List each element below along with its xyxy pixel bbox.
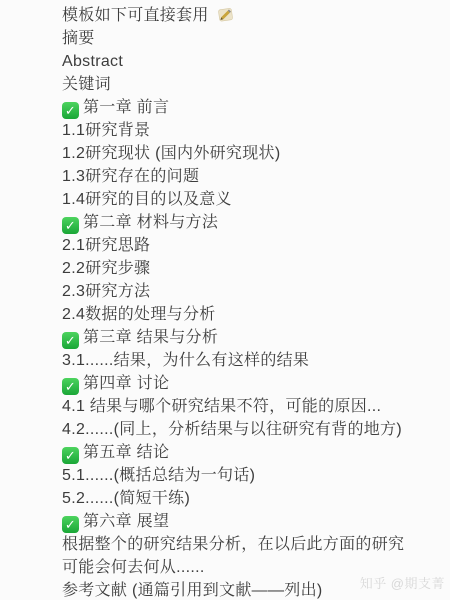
checkmark-icon: ✓ <box>62 102 79 119</box>
checkmark-icon: ✓ <box>62 378 79 395</box>
outline-line: 1.4研究的目的以及意义 <box>62 188 450 211</box>
outline-line: 模板如下可直接套用 <box>62 4 450 27</box>
checkmark-icon: ✓ <box>62 447 79 464</box>
outline-line: 根据整个的研究结果分析，在以后此方面的研究 <box>62 533 450 556</box>
outline-line: Abstract <box>62 50 450 73</box>
chapter-line: ✓第三章 结果与分析 <box>62 326 450 349</box>
checkmark-icon: ✓ <box>62 332 79 349</box>
line-text: 3.1......结果，为什么有这样的结果 <box>62 352 309 369</box>
outline-line: 2.3研究方法 <box>62 280 450 303</box>
outline-line: 5.1......(概括总结为一句话) <box>62 464 450 487</box>
line-text: 根据整个的研究结果分析，在以后此方面的研究 <box>62 536 404 553</box>
line-text: 4.1 结果与哪个研究结果不符，可能的原因... <box>62 398 381 415</box>
memo-icon <box>217 6 234 23</box>
chapter-line: ✓第四章 讨论 <box>62 372 450 395</box>
line-text: 5.1......(概括总结为一句话) <box>62 467 255 484</box>
line-text: 第四章 讨论 <box>83 375 169 392</box>
outline-line: 3.1......结果，为什么有这样的结果 <box>62 349 450 372</box>
line-text: 1.2研究现状 (国内外研究现状) <box>62 145 280 162</box>
line-text: 1.3研究存在的问题 <box>62 168 199 185</box>
line-text: 2.2研究步骤 <box>62 260 150 277</box>
outline-line: 摘要 <box>62 27 450 50</box>
line-text: 第三章 结果与分析 <box>83 329 218 346</box>
outline-line: 关键词 <box>62 73 450 96</box>
outline-list: 模板如下可直接套用 摘要Abstract关键词✓第一章 前言1.1研究背景1.2… <box>62 4 450 600</box>
checkmark-icon: ✓ <box>62 217 79 234</box>
line-text: 1.4研究的目的以及意义 <box>62 191 232 208</box>
outline-line: 5.2......(简短干练) <box>62 487 450 510</box>
outline-line: 1.1研究背景 <box>62 119 450 142</box>
outline-line: 1.2研究现状 (国内外研究现状) <box>62 142 450 165</box>
line-text: 摘要 <box>62 30 95 47</box>
outline-line: 2.1研究思路 <box>62 234 450 257</box>
chapter-line: ✓第五章 结论 <box>62 441 450 464</box>
line-text: 2.4数据的处理与分析 <box>62 306 216 323</box>
outline-line: 1.3研究存在的问题 <box>62 165 450 188</box>
line-text: 第五章 结论 <box>83 444 169 461</box>
line-text: 关键词 <box>62 76 111 93</box>
line-text: 第六章 展望 <box>83 513 169 530</box>
line-text: Abstract <box>62 53 123 70</box>
line-text: 模板如下可直接套用 <box>62 7 209 24</box>
chapter-line: ✓第二章 材料与方法 <box>62 211 450 234</box>
outline-line: 4.1 结果与哪个研究结果不符，可能的原因... <box>62 395 450 418</box>
line-text: 第一章 前言 <box>83 99 169 116</box>
chapter-line: ✓第六章 展望 <box>62 510 450 533</box>
zhihu-watermark: 知乎 @期支菁 <box>360 573 445 592</box>
line-text: 2.3研究方法 <box>62 283 150 300</box>
line-text: 参考文献 (通篇引用到文献——列出) <box>62 582 323 599</box>
chapter-line: ✓第一章 前言 <box>62 96 450 119</box>
line-text: 4.2......(同上，分析结果与以往研究有背的地方) <box>62 421 402 438</box>
line-text: 1.1研究背景 <box>62 122 150 139</box>
outline-line: 2.4数据的处理与分析 <box>62 303 450 326</box>
line-text: 可能会何去何从...... <box>62 559 205 576</box>
checkmark-icon: ✓ <box>62 516 79 533</box>
line-text: 2.1研究思路 <box>62 237 150 254</box>
outline-line: 2.2研究步骤 <box>62 257 450 280</box>
outline-line: 4.2......(同上，分析结果与以往研究有背的地方) <box>62 418 450 441</box>
line-text: 第二章 材料与方法 <box>83 214 218 231</box>
line-text: 5.2......(简短干练) <box>62 490 190 507</box>
